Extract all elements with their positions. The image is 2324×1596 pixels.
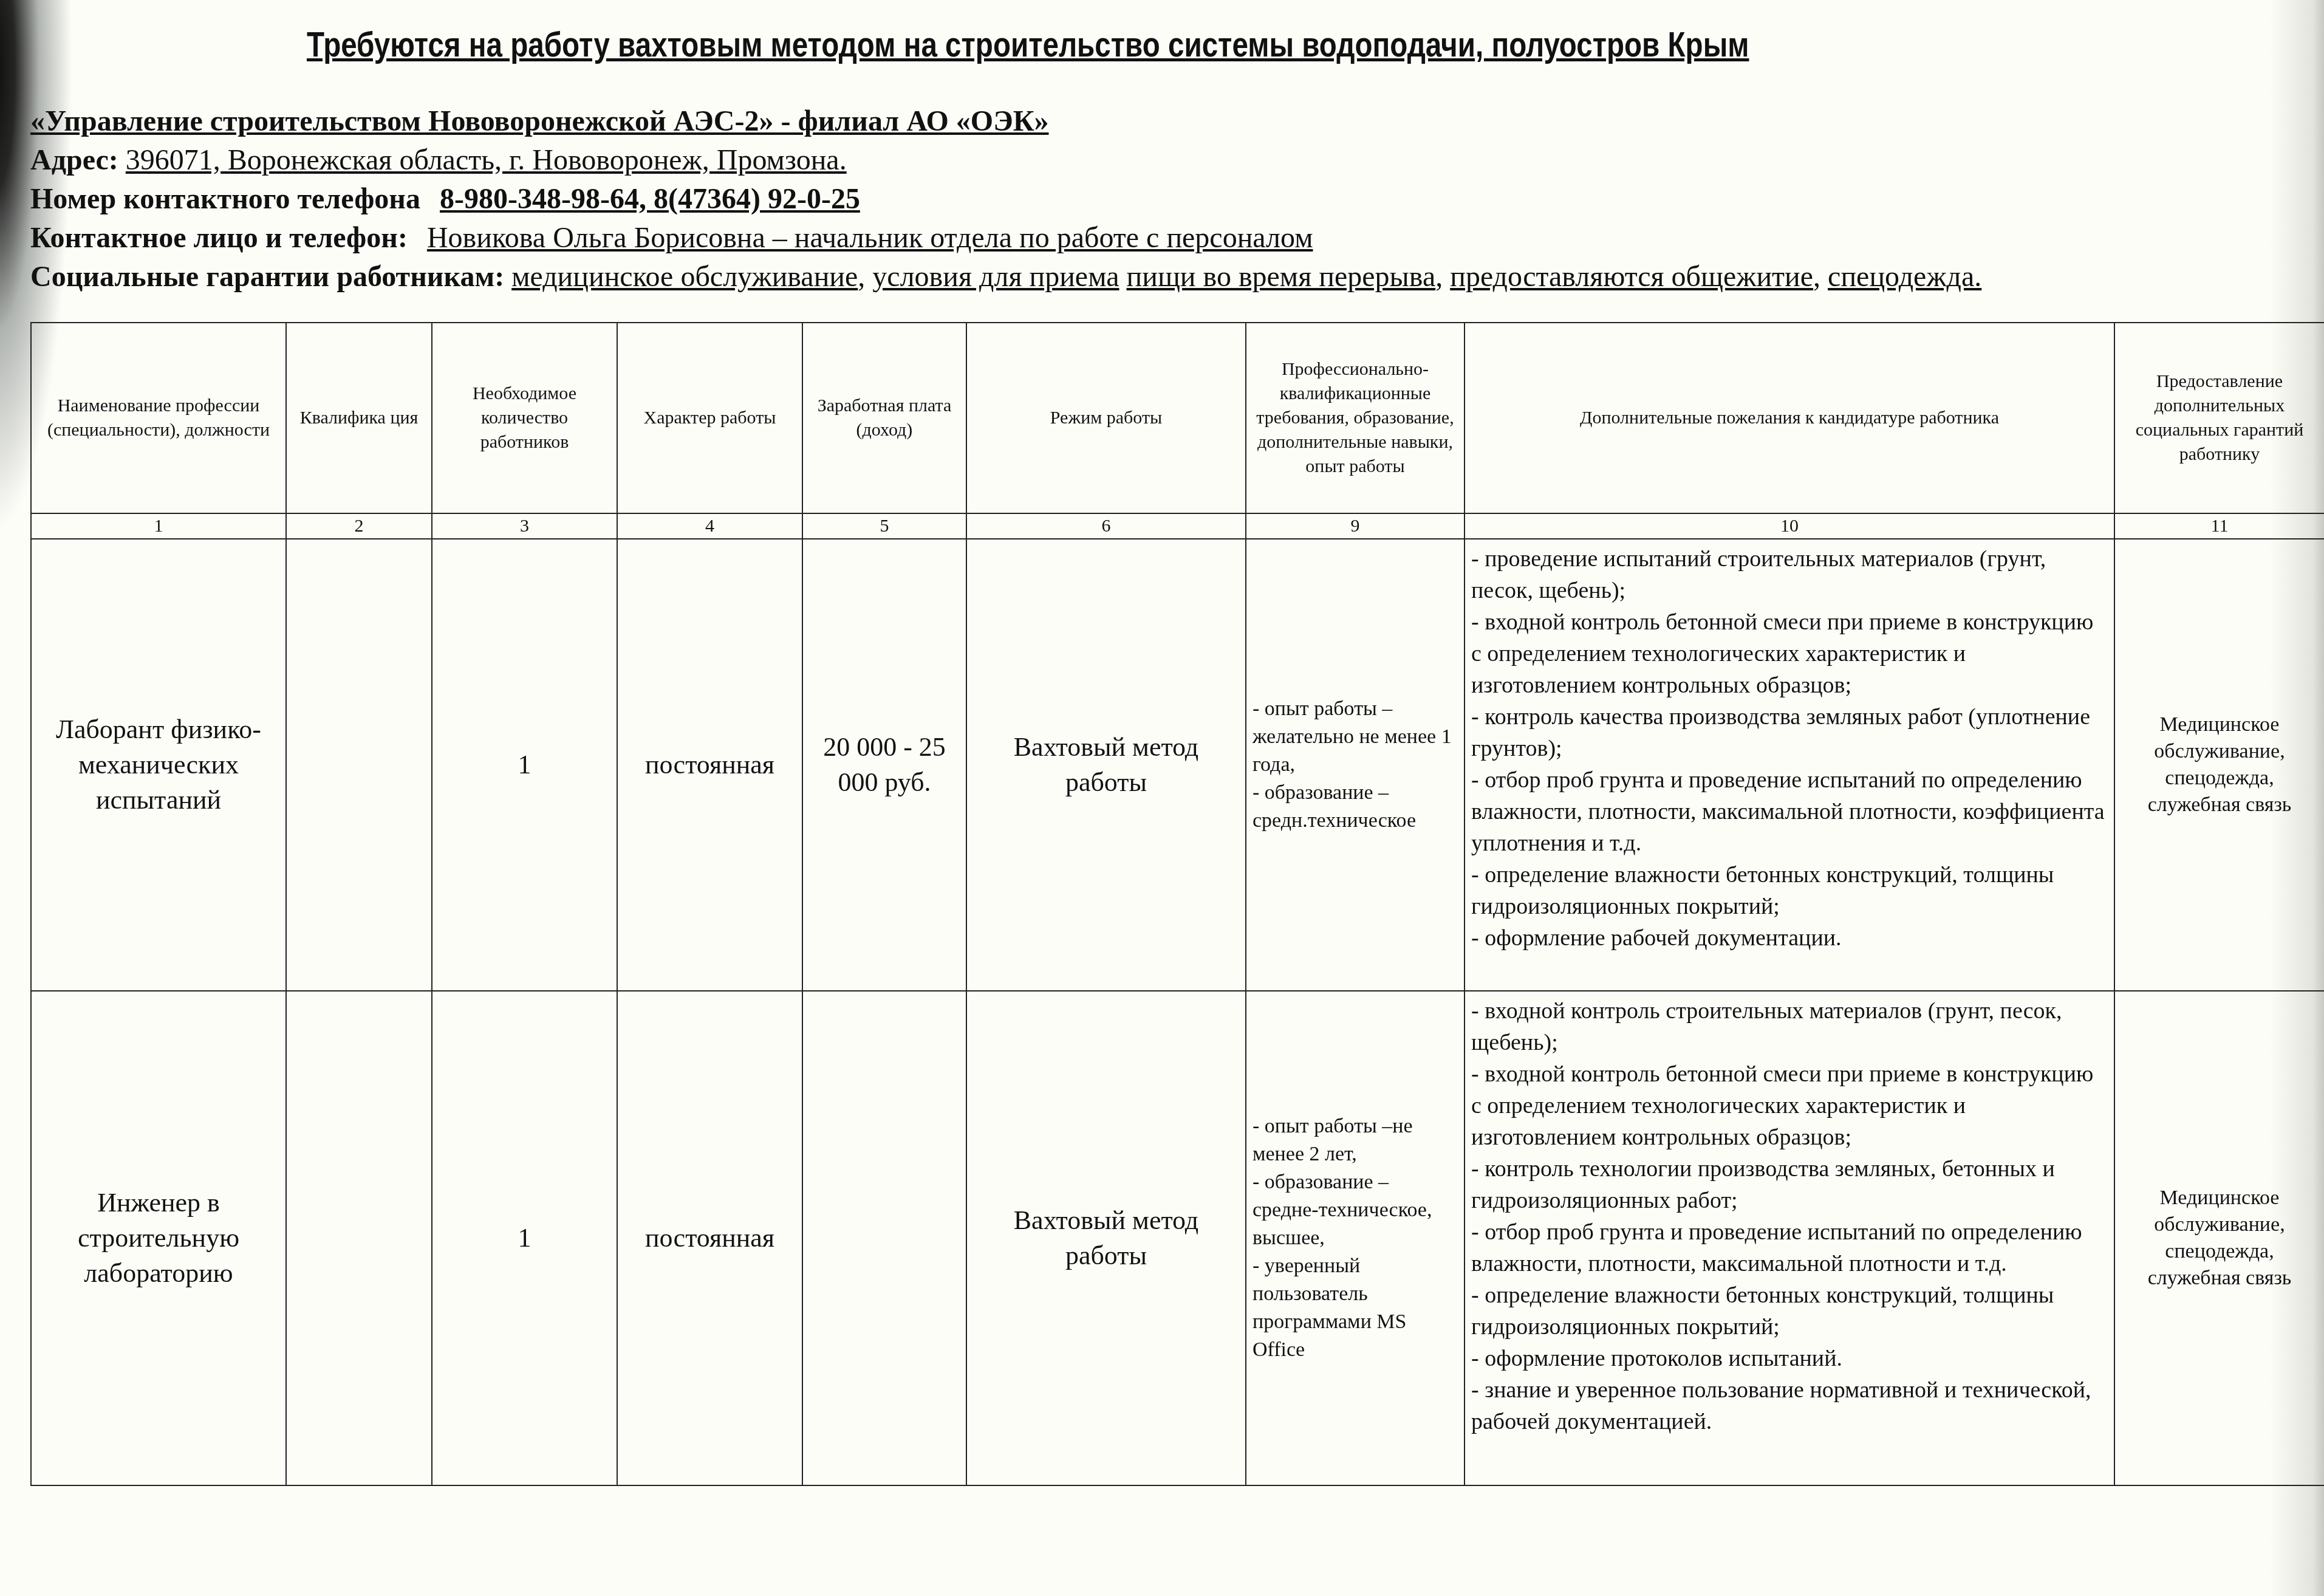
table-row: Лаборант физико-механических испытаний 1… (31, 539, 2324, 991)
schedule-cell: Вахтовый метод работы (966, 539, 1246, 991)
column-number: 4 (617, 513, 802, 539)
work-type-cell: постоянная (617, 539, 802, 991)
phone-line: Номер контактного телефона 8-980-348-98-… (30, 180, 1981, 219)
profession-cell: Инженер в строительную лабораторию (31, 991, 286, 1485)
social-item: спецодежда. (1828, 261, 1981, 293)
salary-cell (802, 991, 966, 1485)
requirements-cell: - опыт работы – желательно не менее 1 го… (1246, 539, 1464, 991)
social-guarantees-cell: Медицинское обслуживание, спецодежда, сл… (2114, 539, 2324, 991)
column-number: 5 (802, 513, 966, 539)
wishes-cell: - входной контроль строительных материал… (1464, 991, 2114, 1485)
address-value: 396071, Воронежская область, г. Нововоро… (126, 144, 847, 176)
employer-info: «Управление строительством Нововоронежск… (30, 102, 1981, 296)
organization-line: «Управление строительством Нововоронежск… (30, 102, 1981, 141)
header-schedule: Режим работы (966, 323, 1246, 513)
header-profession: Наименование профессии (специальности), … (31, 323, 286, 513)
social-item: условия для приема (872, 261, 1119, 293)
table-row: Инженер в строительную лабораторию 1 пос… (31, 991, 2324, 1485)
social-label: Социальные гарантии работникам: (30, 261, 504, 293)
profession-cell: Лаборант физико-механических испытаний (31, 539, 286, 991)
column-number: 2 (286, 513, 432, 539)
organization-name: «Управление строительством Нововоронежск… (30, 105, 1049, 137)
salary-cell: 20 000 - 25 000 руб. (802, 539, 966, 991)
column-number: 11 (2114, 513, 2324, 539)
wishes-cell: - проведение испытаний строительных мате… (1464, 539, 2114, 991)
address-line: Адрес: 396071, Воронежская область, г. Н… (30, 141, 1981, 180)
column-number: 10 (1464, 513, 2114, 539)
column-number: 6 (966, 513, 1246, 539)
header-count: Необходимое количество работников (432, 323, 617, 513)
contact-line: Контактное лицо и телефон: Новикова Ольг… (30, 219, 1981, 258)
social-guarantees-cell: Медицинское обслуживание, спецодежда, сл… (2114, 991, 2324, 1485)
column-number: 1 (31, 513, 286, 539)
social-line: Социальные гарантии работникам: медицинс… (30, 258, 1981, 296)
address-label: Адрес: (30, 144, 118, 176)
social-item: пищи во время перерыва (1127, 261, 1436, 293)
header-qualification: Квалифика ция (286, 323, 432, 513)
phone-label: Номер контактного телефона (30, 183, 420, 215)
count-cell: 1 (432, 991, 617, 1485)
social-item: медицинское обслуживание (511, 261, 858, 293)
requirements-cell: - опыт работы –не менее 2 лет, - образов… (1246, 991, 1464, 1485)
header-work-type: Характер работы (617, 323, 802, 513)
column-numbers-row: 1 2 3 4 5 6 9 10 11 (31, 513, 2324, 539)
work-type-cell: постоянная (617, 991, 802, 1485)
social-item: предоставляются общежитие (1450, 261, 1813, 293)
schedule-cell: Вахтовый метод работы (966, 991, 1246, 1485)
phone-value: 8-980-348-98-64, 8(47364) 92-0-25 (440, 183, 860, 215)
contact-label: Контактное лицо и телефон: (30, 222, 408, 254)
header-social: Предоставление дополнительных социальных… (2114, 323, 2324, 513)
vacancies-table: Наименование профессии (специальности), … (30, 322, 2324, 1486)
qualification-cell (286, 991, 432, 1485)
column-number: 9 (1246, 513, 1464, 539)
column-number: 3 (432, 513, 617, 539)
qualification-cell (286, 539, 432, 991)
count-cell: 1 (432, 539, 617, 991)
document-title: Требуются на работу вахтовым методом на … (307, 24, 1749, 65)
header-requirements: Профессионально-квалификационные требова… (1246, 323, 1464, 513)
table-header-row: Наименование профессии (специальности), … (31, 323, 2324, 513)
header-wishes: Дополнительные пожелания к кандидатуре р… (1464, 323, 2114, 513)
header-salary: Заработная плата (доход) (802, 323, 966, 513)
contact-value: Новикова Ольга Борисовна – начальник отд… (427, 222, 1313, 254)
